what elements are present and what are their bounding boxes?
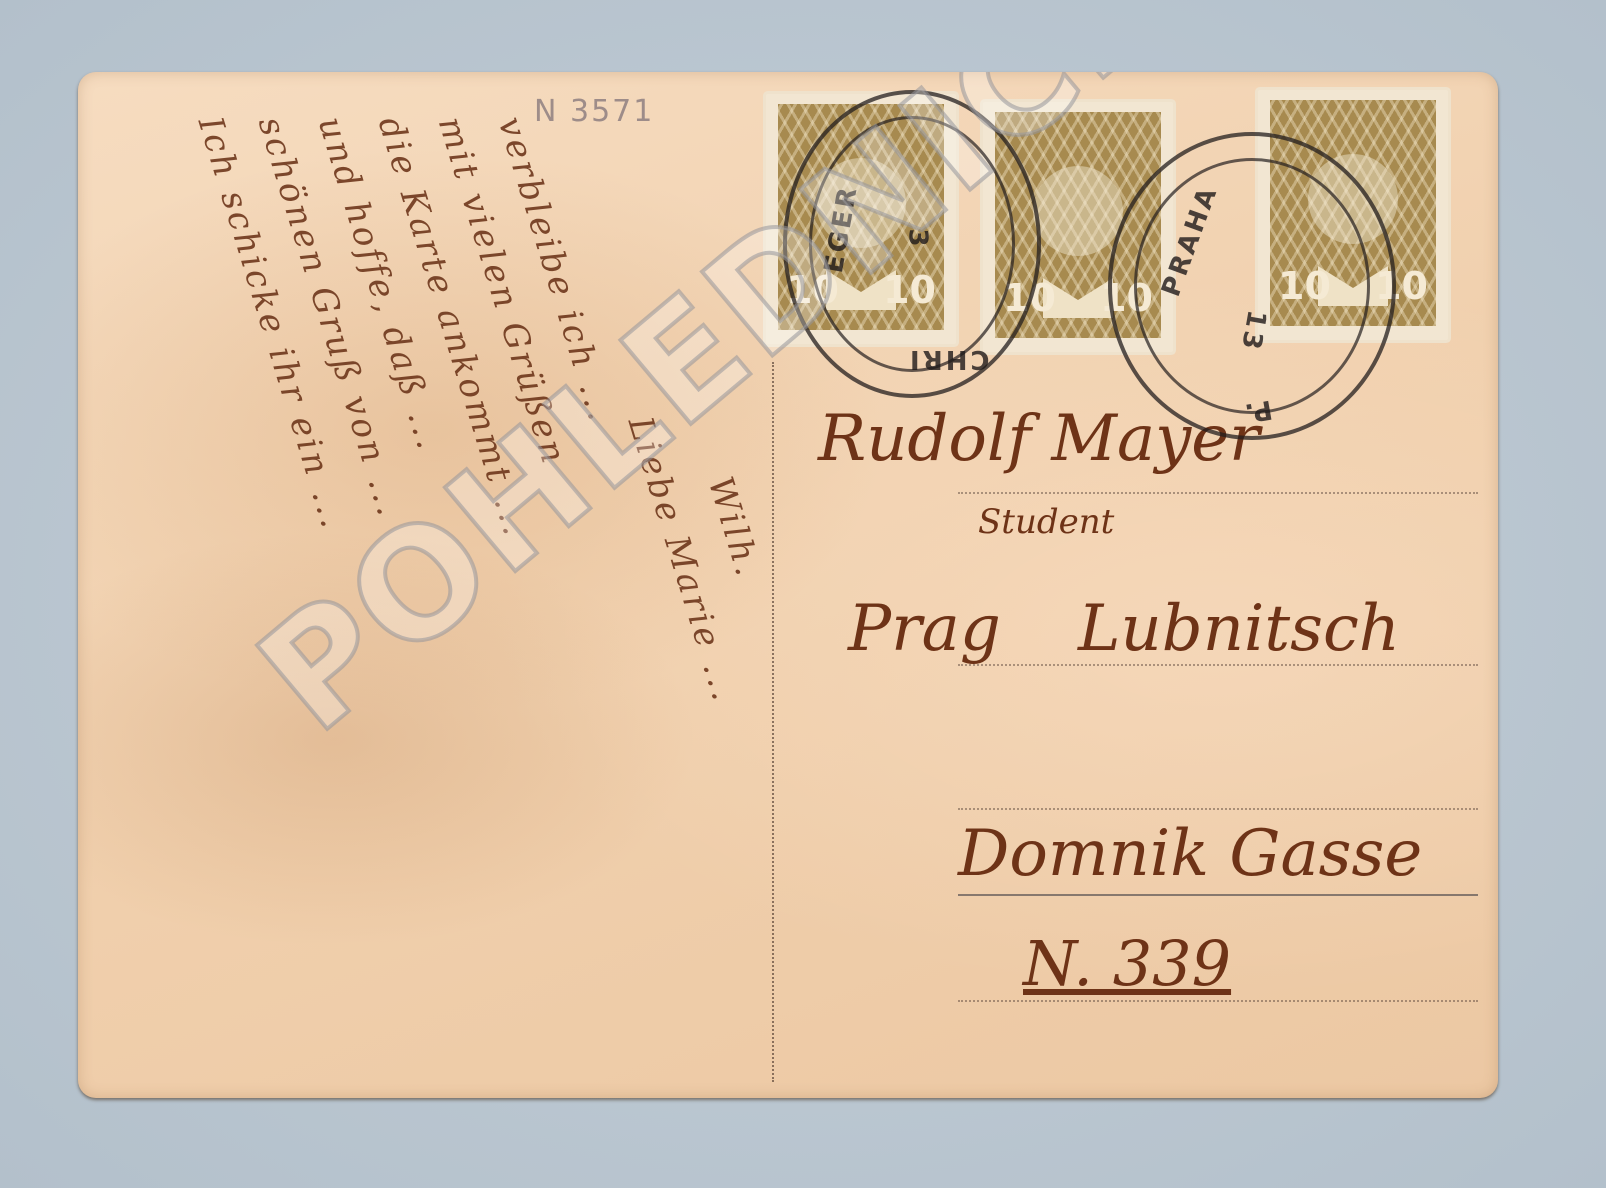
- recipient-street: Domnik Gasse: [958, 817, 1422, 891]
- message-line: Wilh.: [700, 472, 769, 583]
- postmark: EGER CHRI 3: [783, 90, 1041, 398]
- recipient-district: Lubnitsch: [1078, 592, 1400, 666]
- postmark: PRAHA P. 13: [1108, 132, 1396, 440]
- address-guide-line: [958, 492, 1478, 494]
- card-divider-line: [772, 362, 774, 1082]
- handwritten-message: Ich schicke ihr ein ... schönen Gruß von…: [98, 112, 758, 1072]
- recipient-house-number: N. 339: [1023, 927, 1231, 1000]
- address-guide-line: [958, 664, 1478, 666]
- address-guide-line: [958, 808, 1478, 810]
- recipient-city: Prag: [848, 592, 1001, 666]
- address-guide-line: [958, 1000, 1478, 1002]
- recipient-title: Student: [978, 502, 1114, 542]
- address-guide-line: [958, 894, 1478, 896]
- dove-icon: [1033, 166, 1123, 256]
- postcard: N 3571 Ich schicke ihr ein ... schönen G…: [78, 72, 1498, 1098]
